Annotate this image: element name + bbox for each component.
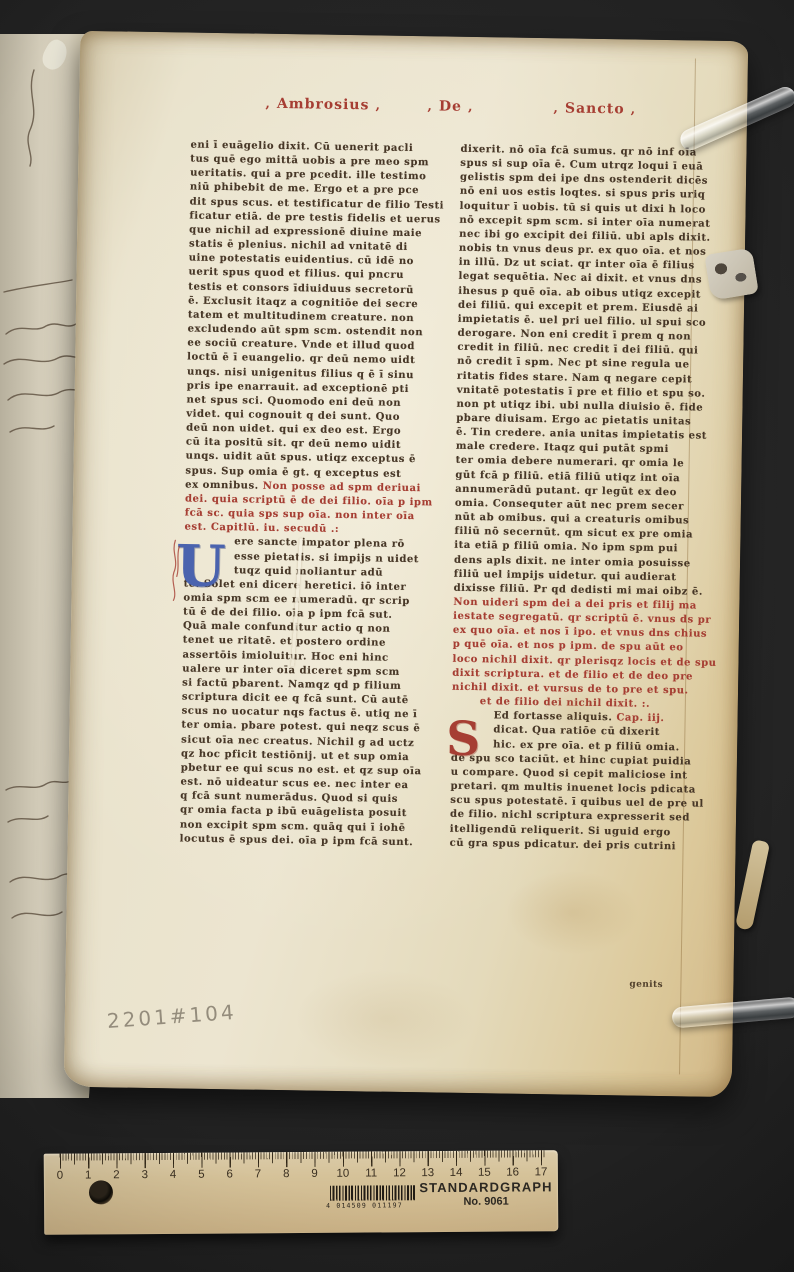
ruler: 01234567891011121314151617 4 014509 0111… (44, 1150, 559, 1235)
ruler-number: 4 (170, 1169, 176, 1181)
text-line: locutus ē spus dei. oīa p ipm fcā sunt. (180, 832, 446, 850)
barcode-bars (330, 1185, 416, 1201)
manuscript-page: ‚ Ambrosius ‚ ‚ De ‚ ‚ Sancto ‚ eni ī eu… (64, 31, 749, 1097)
ruler-number: 6 (226, 1168, 232, 1180)
ruler-brand: STANDARDGRAPH (414, 1179, 558, 1195)
text-column-left: eni ī euāgelio dixit. Cū uenerit paclitu… (179, 139, 456, 855)
running-header-de: ‚ De ‚ (427, 98, 474, 115)
text-column-right: dixerit. nō oīa fcā sumus. qr nō inf oīa… (449, 143, 738, 859)
ruler-number: 17 (535, 1166, 548, 1178)
stain (484, 855, 662, 970)
quire-catchword: genits (629, 980, 663, 991)
clasp-remnant (704, 248, 759, 301)
ruler-number: 3 (142, 1169, 148, 1181)
red-initial-S: S (446, 715, 489, 772)
ruler-number: 16 (506, 1166, 519, 1178)
barcode-digits: 4 014509 011197 (326, 1201, 422, 1210)
ruler-number: 8 (283, 1168, 289, 1180)
red-penwork-flourish (168, 538, 181, 602)
initial-letter: S (446, 712, 481, 768)
stain (264, 952, 506, 1086)
running-header-sancto: ‚ Sancto ‚ (553, 100, 636, 117)
ruler-number: 14 (450, 1167, 463, 1179)
ruler-number: 5 (198, 1169, 204, 1181)
ruler-number: 1 (85, 1169, 91, 1181)
ruler-number: 11 (365, 1167, 377, 1179)
ruler-number: 12 (393, 1167, 406, 1179)
ruler-number: 9 (311, 1168, 317, 1180)
ruler-hole (89, 1180, 113, 1204)
blue-initial-U: U (175, 536, 230, 603)
text-line: cū gra spus pdicatur. dei pris cutrini (450, 836, 728, 855)
ruler-number: 10 (336, 1168, 349, 1180)
ruler-number: 13 (421, 1167, 434, 1179)
parchment-tab (735, 839, 770, 931)
photo-background: ‚ Ambrosius ‚ ‚ De ‚ ‚ Sancto ‚ eni ī eu… (0, 0, 794, 1272)
pencil-shelfmark: 2201#104 (106, 1000, 237, 1033)
ruler-number: 15 (478, 1167, 491, 1179)
ruler-number: 7 (255, 1168, 261, 1180)
ruler-number: 2 (113, 1169, 119, 1181)
ruler-model: No. 9061 (414, 1195, 558, 1208)
initial-letter: U (175, 532, 226, 600)
ruler-number: 0 (57, 1170, 63, 1182)
ruler-barcode: 4 014509 011197 (330, 1185, 416, 1212)
running-header-author: ‚ Ambrosius ‚ (265, 96, 381, 114)
